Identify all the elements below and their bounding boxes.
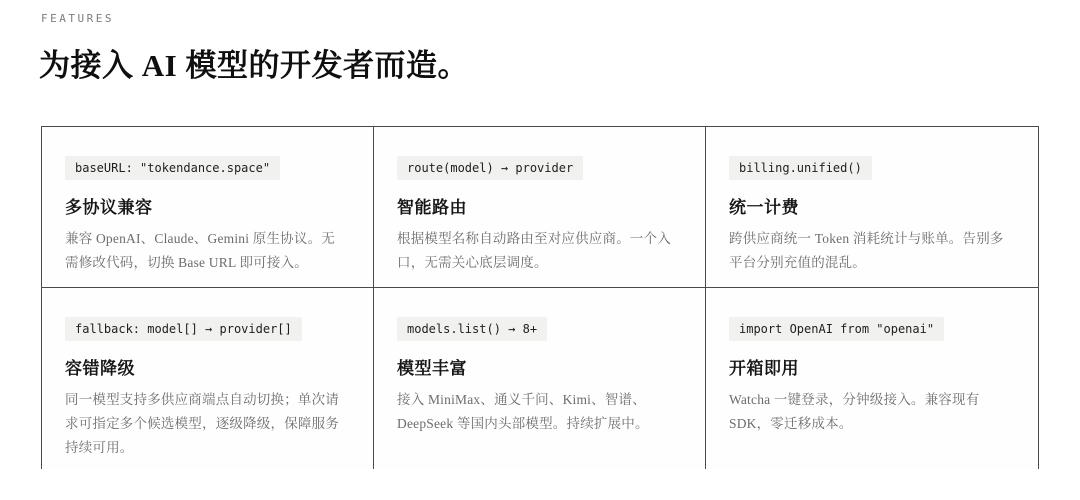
feature-card-fallback: fallback: model[] → provider[] 容错降级 同一模型… [42,288,374,469]
page-title: 为接入 AI 模型的开发者而造。 [39,40,469,85]
features-grid: baseURL: "tokendance.space" 多协议兼容 兼容 Ope… [41,126,1039,469]
feature-card-title: 开箱即用 [729,354,1012,379]
features-section: FEATURES 为接入 AI 模型的开发者而造。 baseURL: "toke… [0,0,1080,500]
section-eyebrow: FEATURES [41,12,114,25]
code-badge: billing.unified() [729,156,872,180]
feature-card-title: 容错降级 [65,354,347,379]
code-badge: baseURL: "tokendance.space" [65,156,280,180]
feature-card-smart-routing: route(model) → provider 智能路由 根据模型名称自动路由至… [374,127,706,288]
feature-card-title: 多协议兼容 [65,193,347,218]
feature-card-description: 根据模型名称自动路由至对应供应商。一个入口，无需关心底层调度。 [397,227,679,275]
feature-card-description: 兼容 OpenAI、Claude、Gemini 原生协议。无需修改代码，切换 B… [65,227,347,275]
feature-card-out-of-box: import OpenAI from "openai" 开箱即用 Watcha … [706,288,1038,469]
feature-card-description: 接入 MiniMax、通义千问、Kimi、智谱、DeepSeek 等国内头部模型… [397,388,679,436]
code-badge: models.list() → 8+ [397,317,547,341]
code-badge: import OpenAI from "openai" [729,317,944,341]
feature-card-description: Watcha 一键登录，分钟级接入。兼容现有 SDK，零迁移成本。 [729,388,1012,436]
code-badge: route(model) → provider [397,156,583,180]
feature-card-title: 模型丰富 [397,354,679,379]
feature-card-multi-protocol: baseURL: "tokendance.space" 多协议兼容 兼容 Ope… [42,127,374,288]
feature-card-title: 智能路由 [397,193,679,218]
feature-card-description: 同一模型支持多供应商端点自动切换；单次请求可指定多个候选模型，逐级降级，保障服务… [65,388,347,460]
feature-card-title: 统一计费 [729,193,1012,218]
feature-card-description: 跨供应商统一 Token 消耗统计与账单。告别多平台分别充值的混乱。 [729,227,1012,275]
code-badge: fallback: model[] → provider[] [65,317,302,341]
feature-card-rich-models: models.list() → 8+ 模型丰富 接入 MiniMax、通义千问、… [374,288,706,469]
feature-card-unified-billing: billing.unified() 统一计费 跨供应商统一 Token 消耗统计… [706,127,1038,288]
